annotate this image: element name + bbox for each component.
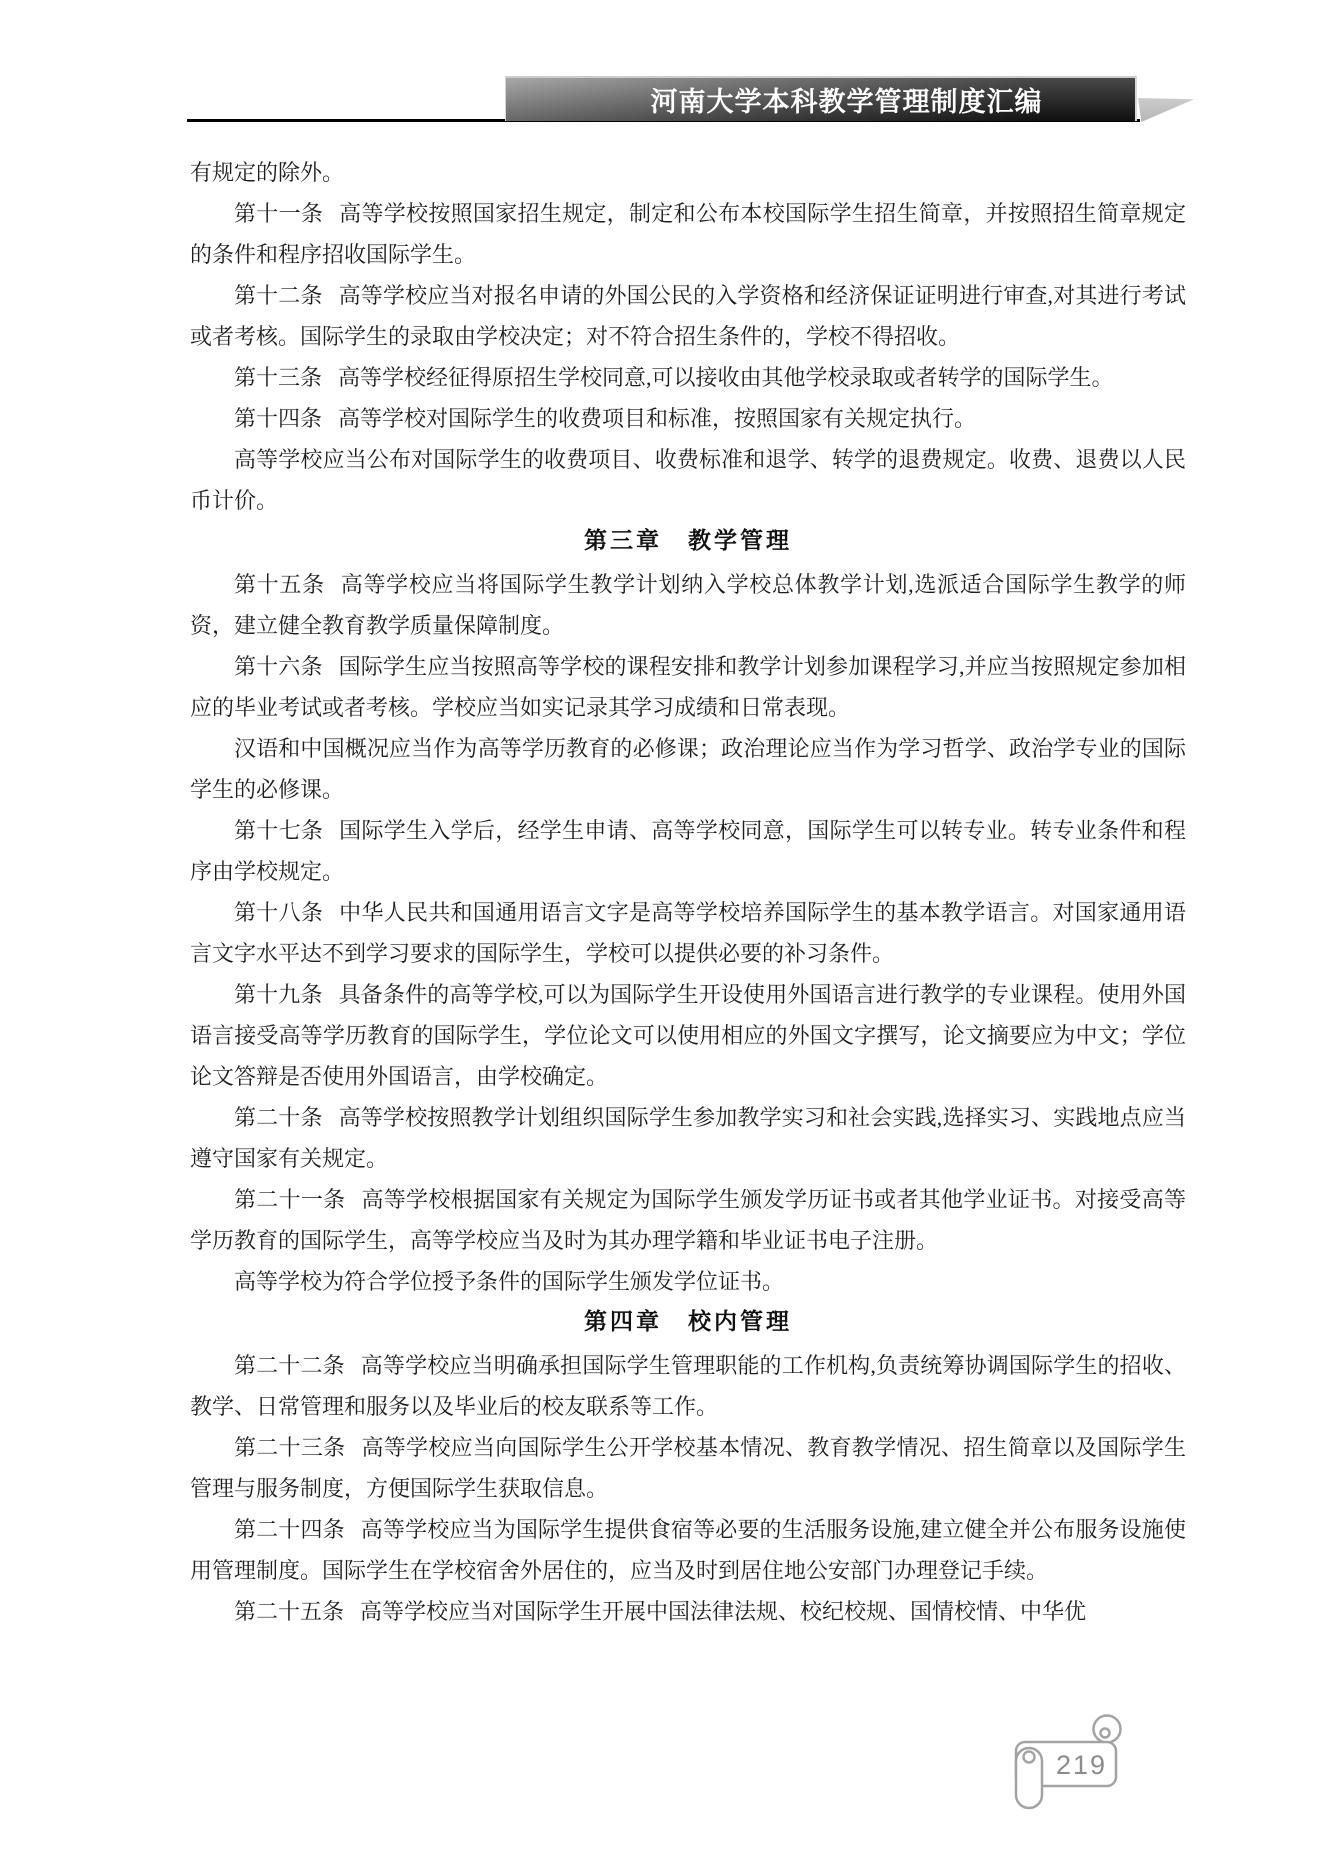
chapter-heading: 第三章 教学管理	[190, 525, 1186, 555]
article-number: 第十三条	[234, 365, 322, 390]
paragraph: 有规定的除外。	[190, 152, 1186, 193]
paragraph: 第十二条高等学校应当对报名申请的外国公民的入学资格和经济保证证明进行审查,对其进…	[190, 275, 1186, 357]
paragraph: 第二十二条高等学校应当明确承担国际学生管理职能的工作机构,负责统筹协调国际学生的…	[190, 1345, 1186, 1427]
document-body: 有规定的除外。第十一条高等学校按照国家招生规定，制定和公布本校国际学生招生简章，…	[190, 152, 1186, 1632]
paragraph: 第十九条具备条件的高等学校,可以为国际学生开设使用外国语言进行教学的专业课程。使…	[190, 974, 1186, 1097]
paragraph: 汉语和中国概况应当作为高等学历教育的必修课；政治理论应当作为学习哲学、政治学专业…	[190, 728, 1186, 810]
page-number-marker: 219	[1008, 1712, 1132, 1810]
paragraph: 第二十一条高等学校根据国家有关规定为国际学生颁发学历证书或者其他学业证书。对接受…	[190, 1179, 1186, 1261]
article-number: 第十六条	[234, 654, 323, 679]
paragraph: 高等学校应当公布对国际学生的收费项目、收费标准和退学、转学的退费规定。收费、退费…	[190, 439, 1186, 521]
paragraph: 第十四条高等学校对国际学生的收费项目和标准，按照国家有关规定执行。	[190, 398, 1186, 439]
article-number: 第十二条	[234, 283, 323, 308]
article-number: 第二十一条	[234, 1187, 345, 1212]
article-number: 第十五条	[234, 572, 325, 597]
article-number: 第十八条	[234, 900, 323, 925]
paragraph: 第二十三条高等学校应当向国际学生公开学校基本情况、教育教学情况、招生简章以及国际…	[190, 1427, 1186, 1509]
paragraph: 高等学校为符合学位授予条件的国际学生颁发学位证书。	[190, 1261, 1186, 1302]
article-number: 第二十四条	[234, 1517, 345, 1542]
article-number: 第十一条	[234, 201, 323, 226]
banner-ribbon-tail	[1138, 98, 1194, 122]
article-number: 第二十三条	[234, 1435, 345, 1460]
scroll-icon: 219	[1008, 1712, 1132, 1810]
article-number: 第十九条	[234, 982, 323, 1007]
paragraph: 第二十条高等学校按照教学计划组织国际学生参加教学实习和社会实践,选择实习、实践地…	[190, 1097, 1186, 1179]
paragraph: 第二十五条高等学校应当对国际学生开展中国法律法规、校纪校规、国情校情、中华优	[190, 1591, 1186, 1632]
article-number: 第二十五条	[234, 1599, 344, 1624]
chapter-heading: 第四章 校内管理	[190, 1306, 1186, 1336]
article-number: 第十七条	[234, 818, 323, 843]
paragraph: 第十六条国际学生应当按照高等学校的课程安排和教学计划参加课程学习,并应当按照规定…	[190, 646, 1186, 728]
paragraph: 第二十四条高等学校应当为国际学生提供食宿等必要的生活服务设施,建立健全并公布服务…	[190, 1509, 1186, 1591]
article-number: 第二十二条	[234, 1353, 345, 1378]
article-number: 第十四条	[234, 406, 322, 431]
article-number: 第二十条	[234, 1105, 323, 1130]
paragraph: 第十三条高等学校经征得原招生学校同意,可以接收由其他学校录取或者转学的国际学生。	[190, 357, 1186, 398]
header-banner: 河南大学本科教学管理制度汇编	[505, 76, 1137, 121]
paragraph: 第十八条中华人民共和国通用语言文字是高等学校培养国际学生的基本教学语言。对国家通…	[190, 892, 1186, 974]
paragraph: 第十七条国际学生入学后，经学生申请、高等学校同意，国际学生可以转专业。转专业条件…	[190, 810, 1186, 892]
paragraph: 第十一条高等学校按照国家招生规定，制定和公布本校国际学生招生简章，并按照招生简章…	[190, 193, 1186, 275]
paragraph: 第十五条高等学校应当将国际学生教学计划纳入学校总体教学计划,选派适合国际学生教学…	[190, 564, 1186, 646]
compilation-title: 河南大学本科教学管理制度汇编	[599, 80, 1043, 119]
page-number: 219	[1056, 1750, 1107, 1780]
